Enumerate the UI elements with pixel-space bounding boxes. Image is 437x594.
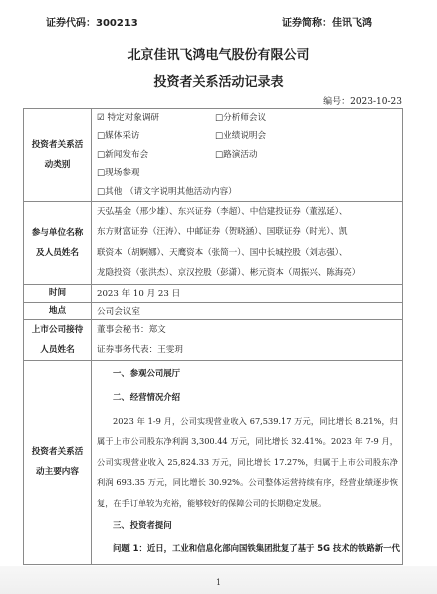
time-value: 2023 年 10 月 23 日	[92, 284, 403, 302]
main-content: 一、参观公司展厅 二、经营情况介绍 2023 年 1-9 月，公司实现营业收入 …	[92, 360, 403, 564]
section-heading-2: 二、经营情况介绍	[97, 385, 398, 409]
content-row: 投资者关系活 动主要内容 一、参观公司展厅 二、经营情况介绍 2023 年 1-…	[24, 360, 403, 564]
participants-row: 参与单位名称 及人员姓名 天弘基金（邢少雄）、东兴证券（李超）、中信建投证券（董…	[24, 201, 403, 284]
checkbox-roadshow[interactable]: □路演活动	[215, 146, 258, 164]
company-name: 北京佳讯飞鸿电气股份有限公司	[0, 44, 437, 63]
location-label: 地点	[24, 302, 92, 319]
checkbox-media-interview[interactable]: □媒体采访	[97, 127, 215, 145]
document-number: 编号：2023-10-23	[323, 94, 402, 107]
location-value: 公司会议室	[92, 302, 403, 319]
checkbox-press-conference[interactable]: □新闻发布会	[97, 146, 215, 164]
participants-list: 天弘基金（邢少雄）、东兴证券（李超）、中信建投证券（董泓延）、 东方财富证券（汪…	[92, 201, 403, 284]
location-row: 地点 公司会议室	[24, 302, 403, 319]
checkbox-site-visit[interactable]: □现场参观	[97, 164, 140, 182]
stock-code: 证券代码：300213	[46, 14, 138, 29]
checkbox-earnings-call[interactable]: □业绩说明会	[215, 127, 266, 145]
reception-row: 上市公司接待 人员姓名 董事会秘书：郑文 证券事务代表：王雯玥	[24, 319, 403, 360]
category-options: ☑ 特定对象调研 □分析师会议 □媒体采访 □业绩说明会 □新闻发布会 □路演活…	[92, 109, 403, 202]
participants-label: 参与单位名称 及人员姓名	[24, 201, 92, 284]
record-table: 投资者关系活 动类别 ☑ 特定对象调研 □分析师会议 □媒体采访 □业绩说明会 …	[23, 108, 403, 565]
question-1: 问题 1：近日，工业和信息化部向国铁集团批复了基于 5G 技术的铁路新一代	[97, 537, 398, 559]
section-heading-1: 一、参观公司展厅	[97, 361, 398, 385]
business-overview-paragraph: 2023 年 1-9 月，公司实现营业收入 67,539.17 万元，同比增长 …	[97, 411, 398, 514]
reception-label: 上市公司接待 人员姓名	[24, 319, 92, 360]
checkbox-analyst-meeting[interactable]: □分析师会议	[215, 109, 266, 127]
document-page: 证券代码：300213 证券简称：佳讯飞鸿 北京佳讯飞鸿电气股份有限公司 投资者…	[0, 0, 437, 566]
time-label: 时间	[24, 284, 92, 302]
content-label: 投资者关系活 动主要内容	[24, 360, 92, 564]
section-heading-3: 三、投资者提问	[97, 513, 398, 537]
category-row: 投资者关系活 动类别 ☑ 特定对象调研 □分析师会议 □媒体采访 □业绩说明会 …	[24, 109, 403, 202]
stock-abbreviation: 证券简称：佳讯飞鸿	[282, 14, 372, 29]
category-label: 投资者关系活 动类别	[24, 109, 92, 202]
checkbox-other[interactable]: □其他 （请文字说明其他活动内容）	[97, 183, 237, 201]
checkbox-specific-research[interactable]: ☑ 特定对象调研	[97, 109, 215, 127]
form-title: 投资者关系活动记录表	[0, 71, 437, 90]
page-number: 1	[0, 578, 437, 587]
reception-staff: 董事会秘书：郑文 证券事务代表：王雯玥	[92, 319, 403, 360]
time-row: 时间 2023 年 10 月 23 日	[24, 284, 403, 302]
